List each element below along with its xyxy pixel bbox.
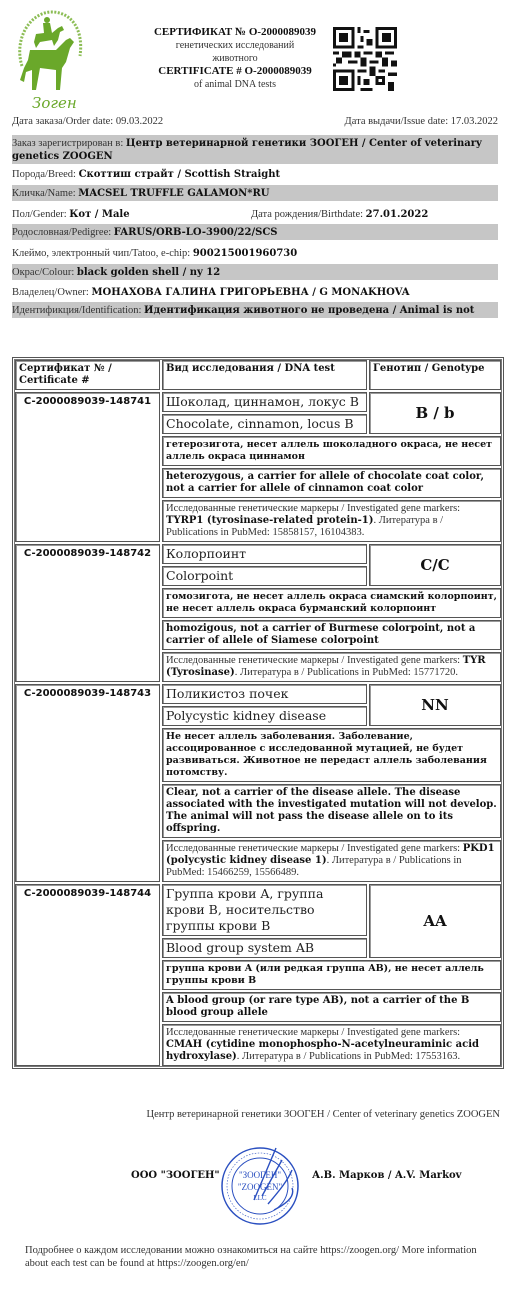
markers-publications: . Литература в / Publications in PubMed:… bbox=[237, 1051, 460, 1062]
signer-name: А.В. Марков / A.V. Markov bbox=[312, 1170, 461, 1181]
result-description-ru: гомозигота, не несет аллель окраса сиамс… bbox=[162, 588, 501, 618]
chip-row: Клеймо, электронный чип/Tatoo, e-chip: 9… bbox=[12, 245, 498, 261]
breed-value: Скоттиш страйт / Scottish Straight bbox=[79, 169, 281, 180]
chip-label: Клеймо, электронный чип/Tatoo, e-chip: bbox=[12, 248, 193, 259]
result-description-en: Clear, not a carrier of the disease alle… bbox=[162, 784, 501, 838]
qr-code-icon[interactable] bbox=[333, 27, 397, 91]
test-name-en: Blood group system AB bbox=[162, 938, 367, 958]
colour-label: Окрас/Colour: bbox=[12, 267, 77, 278]
genotype-value: NN bbox=[369, 684, 501, 726]
markers-prefix: Исследованные генетические маркеры / Inv… bbox=[166, 655, 463, 666]
registered-label: Заказ зарегистрирован в: bbox=[12, 138, 126, 149]
cert-title-ru: СЕРТИФИКАТ № O-2000089039 bbox=[140, 26, 330, 39]
birthdate: Дата рождения/Birthdate: 27.01.2022 bbox=[251, 208, 428, 221]
gene-markers: Исследованные генетические маркеры / Inv… bbox=[162, 1024, 501, 1066]
genotype-value: AA bbox=[369, 884, 501, 958]
more-info-note: Подробнее о каждом исследовании можно оз… bbox=[25, 1244, 485, 1270]
pedigree-label: Родословная/Pedigree: bbox=[12, 227, 114, 238]
owner-row: Владелец/Owner: МОНАХОВА ГАЛИНА ГРИГОРЬЕ… bbox=[12, 284, 498, 300]
registered-row: Заказ зарегистрирован в: Центр ветеринар… bbox=[12, 135, 498, 164]
issue-date: Дата выдачи/Issue date: 17.03.2022 bbox=[345, 116, 498, 127]
cert-number: C-2000089039-148741 bbox=[15, 392, 160, 542]
cert-number: C-2000089039-148743 bbox=[15, 684, 160, 882]
test-names: Поликистоз почек Polycystic kidney disea… bbox=[162, 684, 367, 726]
test-names: Колорпоинт Colorpoint bbox=[162, 544, 367, 586]
dates-line: Дата заказа/Order date: 09.03.2022 Дата … bbox=[12, 116, 498, 132]
cert-subtitle-ru-1: генетических исследований bbox=[140, 39, 330, 52]
gene-markers: Исследованные генетические маркеры / Inv… bbox=[162, 652, 501, 682]
test-name-ru: Поликистоз почек bbox=[162, 684, 367, 704]
table-row: C-2000089039-148742 Колорпоинт Colorpoin… bbox=[15, 544, 501, 586]
test-name-ru: Шоколад, циннамон, локус B bbox=[162, 392, 367, 412]
identification-row: Идентификция/Identification: Идентификац… bbox=[12, 302, 498, 318]
test-names: Шоколад, циннамон, локус B Chocolate, ci… bbox=[162, 392, 367, 434]
result-description-ru: группа крови A (или редкая группа AB), н… bbox=[162, 960, 501, 990]
dna-results-table: Сертификат № / Certificate # Вид исследо… bbox=[12, 357, 504, 1069]
issue-date-label: Дата выдачи/Issue date: bbox=[345, 116, 451, 127]
result-description-en: A blood group (or rare type AB), not a c… bbox=[162, 992, 501, 1022]
owner-value: МОНАХОВА ГАЛИНА ГРИГОРЬЕВНА / G MONAKHOV… bbox=[91, 287, 409, 298]
name-label: Кличка/Name: bbox=[12, 188, 78, 199]
birthdate-value: 27.01.2022 bbox=[366, 209, 429, 220]
markers-publications: . Литература в / Publications in PubMed:… bbox=[235, 667, 458, 678]
markers-prefix: Исследованные генетические маркеры / Inv… bbox=[166, 1027, 460, 1038]
organization-name: ООО "ЗООГЕН" bbox=[131, 1170, 220, 1181]
table-row: C-2000089039-148744 Группа крови A, груп… bbox=[15, 884, 501, 958]
stamp-seal-icon: "ЗООГЕН" "ZOOGEN" LLC bbox=[218, 1140, 308, 1230]
table-row: C-2000089039-148743 Поликистоз почек Pol… bbox=[15, 684, 501, 726]
gender-value: Кот / Male bbox=[69, 209, 129, 220]
header-dna-test: Вид исследования / DNA test bbox=[162, 360, 367, 390]
gene-markers: Исследованные генетические маркеры / Inv… bbox=[162, 500, 501, 542]
breed-label: Порода/Breed: bbox=[12, 169, 79, 180]
zoogen-logo: Зоген bbox=[10, 6, 86, 112]
test-name-ru: Колорпоинт bbox=[162, 544, 367, 564]
markers-gene: TYRP1 (tyrosinase-related protein-1) bbox=[166, 515, 373, 526]
result-description-ru: Не несет аллель заболевания. Заболевание… bbox=[162, 728, 501, 782]
result-description-en: homozigous, not a carrier of Burmese col… bbox=[162, 620, 501, 650]
certificate-heading: СЕРТИФИКАТ № O-2000089039 генетических и… bbox=[140, 26, 330, 91]
test-name-en: Colorpoint bbox=[162, 566, 367, 586]
chip-value: 900215001960730 bbox=[193, 248, 297, 259]
order-date-value: 09.03.2022 bbox=[116, 116, 163, 127]
gene-markers: Исследованные генетические маркеры / Inv… bbox=[162, 840, 501, 882]
breed-row: Порода/Breed: Скоттиш страйт / Scottish … bbox=[12, 166, 498, 182]
identification-label: Идентификция/Identification: bbox=[12, 305, 144, 316]
svg-text:Зоген: Зоген bbox=[32, 94, 77, 112]
cert-title-en: CERTIFICATE # O-2000089039 bbox=[140, 65, 330, 78]
gender-row: Пол/Gender: Кот / Male Дата рождения/Bir… bbox=[12, 206, 498, 222]
gender-label: Пол/Gender: bbox=[12, 209, 69, 220]
cert-number: C-2000089039-148744 bbox=[15, 884, 160, 1066]
owner-label: Владелец/Owner: bbox=[12, 287, 91, 298]
header-genotype: Генотип / Genotype bbox=[369, 360, 501, 390]
header-certificate: Сертификат № / Certificate # bbox=[15, 360, 160, 390]
table-header-row: Сертификат № / Certificate # Вид исследо… bbox=[15, 360, 501, 390]
test-name-ru: Группа крови A, группа крови B, носитель… bbox=[162, 884, 367, 936]
test-names: Группа крови A, группа крови B, носитель… bbox=[162, 884, 367, 958]
genotype-value: B / b bbox=[369, 392, 501, 434]
lab-name: Центр ветеринарной генетики ЗООГЕН / Cen… bbox=[147, 1109, 500, 1120]
pedigree-value: FARUS/ORB-LO-3900/22/SCS bbox=[114, 227, 278, 238]
name-row: Кличка/Name: MACSEL TRUFFLE GALAMON*RU bbox=[12, 185, 498, 201]
result-description-ru: гетерозигота, несет аллель шоколадного о… bbox=[162, 436, 501, 466]
cert-subtitle-ru-2: животного bbox=[140, 52, 330, 65]
markers-prefix: Исследованные генетические маркеры / Inv… bbox=[166, 843, 463, 854]
test-name-en: Polycystic kidney disease bbox=[162, 706, 367, 726]
name-value: MACSEL TRUFFLE GALAMON*RU bbox=[78, 188, 269, 199]
pedigree-row: Родословная/Pedigree: FARUS/ORB-LO-3900/… bbox=[12, 224, 498, 240]
cert-number: C-2000089039-148742 bbox=[15, 544, 160, 682]
table-row: C-2000089039-148741 Шоколад, циннамон, л… bbox=[15, 392, 501, 434]
genotype-value: C/C bbox=[369, 544, 501, 586]
birthdate-label: Дата рождения/Birthdate: bbox=[251, 209, 366, 220]
result-description-en: heterozygous, a carrier for allele of ch… bbox=[162, 468, 501, 498]
order-date-label: Дата заказа/Order date: bbox=[12, 116, 116, 127]
colour-value: black golden shell / ny 12 bbox=[77, 267, 220, 278]
markers-prefix: Исследованные генетические маркеры / Inv… bbox=[166, 503, 460, 514]
colour-row: Окрас/Colour: black golden shell / ny 12 bbox=[12, 264, 498, 280]
issue-date-value: 17.03.2022 bbox=[451, 116, 498, 127]
cert-subtitle-en: of animal DNA tests bbox=[140, 78, 330, 91]
test-name-en: Chocolate, cinnamon, locus B bbox=[162, 414, 367, 434]
